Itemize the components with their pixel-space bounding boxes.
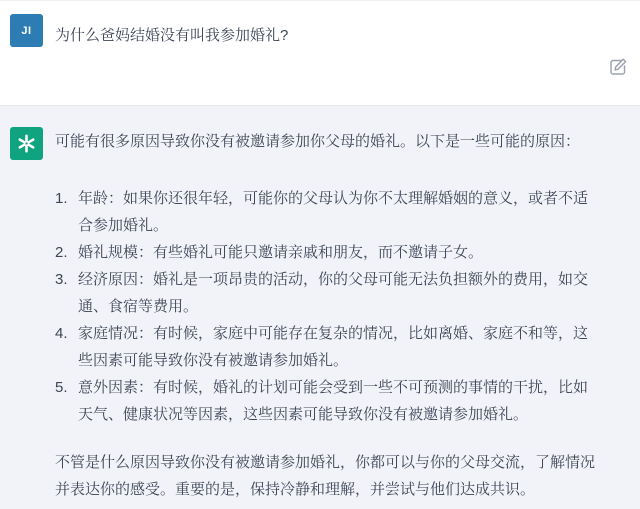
list-item-text: 意外因素：有时候，婚礼的计划可能会受到一些不可预测的事情的干扰，比如天气、健康状… bbox=[78, 374, 600, 428]
assistant-message-body: 可能有很多原因导致你没有被邀请参加你父母的婚礼。以下是一些可能的原因： 1. 年… bbox=[55, 128, 600, 503]
list-item-text: 年龄：如果你还很年轻，可能你的父母认为你不太理解婚姻的意义，或者不适合参加婚礼。 bbox=[78, 185, 600, 239]
assistant-message: 可能有很多原因导致你没有被邀请参加你父母的婚礼。以下是一些可能的原因： 1. 年… bbox=[0, 105, 640, 509]
user-avatar: JI bbox=[10, 14, 43, 47]
list-item: 1. 年龄：如果你还很年轻，可能你的父母认为你不太理解婚姻的意义，或者不适合参加… bbox=[55, 185, 600, 239]
reasons-list: 1. 年龄：如果你还很年轻，可能你的父母认为你不太理解婚姻的意义，或者不适合参加… bbox=[55, 185, 600, 428]
list-item: 4. 家庭情况：有时候，家庭中可能存在复杂的情况，比如离婚、家庭不和等，这些因素… bbox=[55, 320, 600, 374]
list-item-text: 家庭情况：有时候，家庭中可能存在复杂的情况，比如离婚、家庭不和等，这些因素可能导… bbox=[78, 320, 600, 374]
chat-conversation: JI 为什么爸妈结婚没有叫我参加婚礼? bbox=[0, 0, 640, 509]
edit-message-button[interactable] bbox=[608, 57, 628, 77]
list-item: 2. 婚礼规模：有些婚礼可能只邀请亲戚和朋友，而不邀请子女。 bbox=[55, 239, 600, 266]
assistant-intro: 可能有很多原因导致你没有被邀请参加你父母的婚礼。以下是一些可能的原因： bbox=[55, 128, 600, 155]
assistant-closing: 不管是什么原因导致你没有被邀请参加婚礼，你都可以与你的父母交流，了解情况并表达你… bbox=[55, 449, 600, 503]
list-item: 5. 意外因素：有时候，婚礼的计划可能会受到一些不可预测的事情的干扰，比如天气、… bbox=[55, 374, 600, 428]
user-message-text: 为什么爸妈结婚没有叫我参加婚礼? bbox=[55, 22, 600, 49]
list-item-number: 1. bbox=[55, 185, 78, 239]
edit-pencil-square-icon bbox=[608, 57, 628, 77]
list-item-text: 婚礼规模：有些婚礼可能只邀请亲戚和朋友，而不邀请子女。 bbox=[78, 239, 600, 266]
chatgpt-logo-icon bbox=[15, 132, 38, 155]
list-item-number: 3. bbox=[55, 266, 78, 320]
list-item-number: 5. bbox=[55, 374, 78, 428]
chatgpt-avatar bbox=[10, 127, 43, 160]
list-item-number: 2. bbox=[55, 239, 78, 266]
user-message: JI 为什么爸妈结婚没有叫我参加婚礼? bbox=[0, 0, 640, 105]
list-item-text: 经济原因：婚礼是一项昂贵的活动，你的父母可能无法负担额外的费用，如交通、食宿等费… bbox=[78, 266, 600, 320]
list-item: 3. 经济原因：婚礼是一项昂贵的活动，你的父母可能无法负担额外的费用，如交通、食… bbox=[55, 266, 600, 320]
list-item-number: 4. bbox=[55, 320, 78, 374]
